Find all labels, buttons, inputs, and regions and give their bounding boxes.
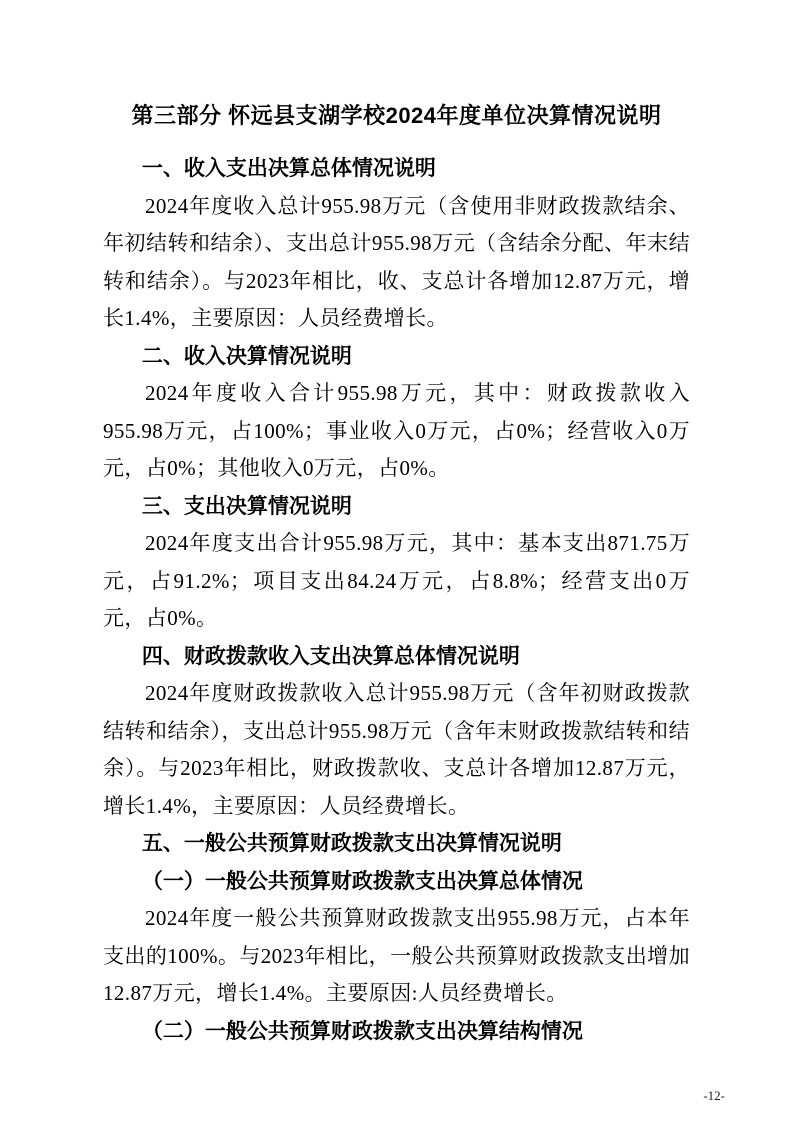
- subsection-heading-general-budget-structure: （二）一般公共预算财政拨款支出决算结构情况: [103, 1013, 690, 1051]
- section-heading-expenditure-statement: 三、支出决算情况说明: [103, 488, 690, 526]
- section-heading-general-public-budget: 五、一般公共预算财政拨款支出决算情况说明: [103, 825, 690, 863]
- section-heading-fiscal-appropriation-overview: 四、财政拨款收入支出决算总体情况说明: [103, 638, 690, 676]
- section-paragraph-expenditure-statement: 2024年度支出合计955.98万元，其中：基本支出871.75万元，占91.2…: [103, 525, 690, 638]
- section-paragraph-fiscal-appropriation-overview: 2024年度财政拨款收入总计955.98万元（含年初财政拨款结转和结余），支出总…: [103, 675, 690, 825]
- page-number: -12-: [703, 1088, 725, 1104]
- section-paragraph-income-statement: 2024年度收入合计955.98万元，其中：财政拨款收入955.98万元，占10…: [103, 375, 690, 488]
- section-paragraph-income-expenditure-overview: 2024年度收入总计955.98万元（含使用非财政拨款结余、年初结转和结余）、支…: [103, 188, 690, 338]
- document-title: 第三部分 怀远县支湖学校2024年度单位决算情况说明: [103, 97, 690, 135]
- subsection-paragraph-general-budget-overall: 2024年度一般公共预算财政拨款支出955.98万元，占本年支出的100%。与2…: [103, 900, 690, 1013]
- section-heading-income-expenditure-overview: 一、收入支出决算总体情况说明: [103, 150, 690, 188]
- section-heading-income-statement: 二、收入决算情况说明: [103, 338, 690, 376]
- subsection-heading-general-budget-overall: （一）一般公共预算财政拨款支出决算总体情况: [103, 863, 690, 901]
- document-page: 第三部分 怀远县支湖学校2024年度单位决算情况说明 一、收入支出决算总体情况说…: [0, 0, 793, 1122]
